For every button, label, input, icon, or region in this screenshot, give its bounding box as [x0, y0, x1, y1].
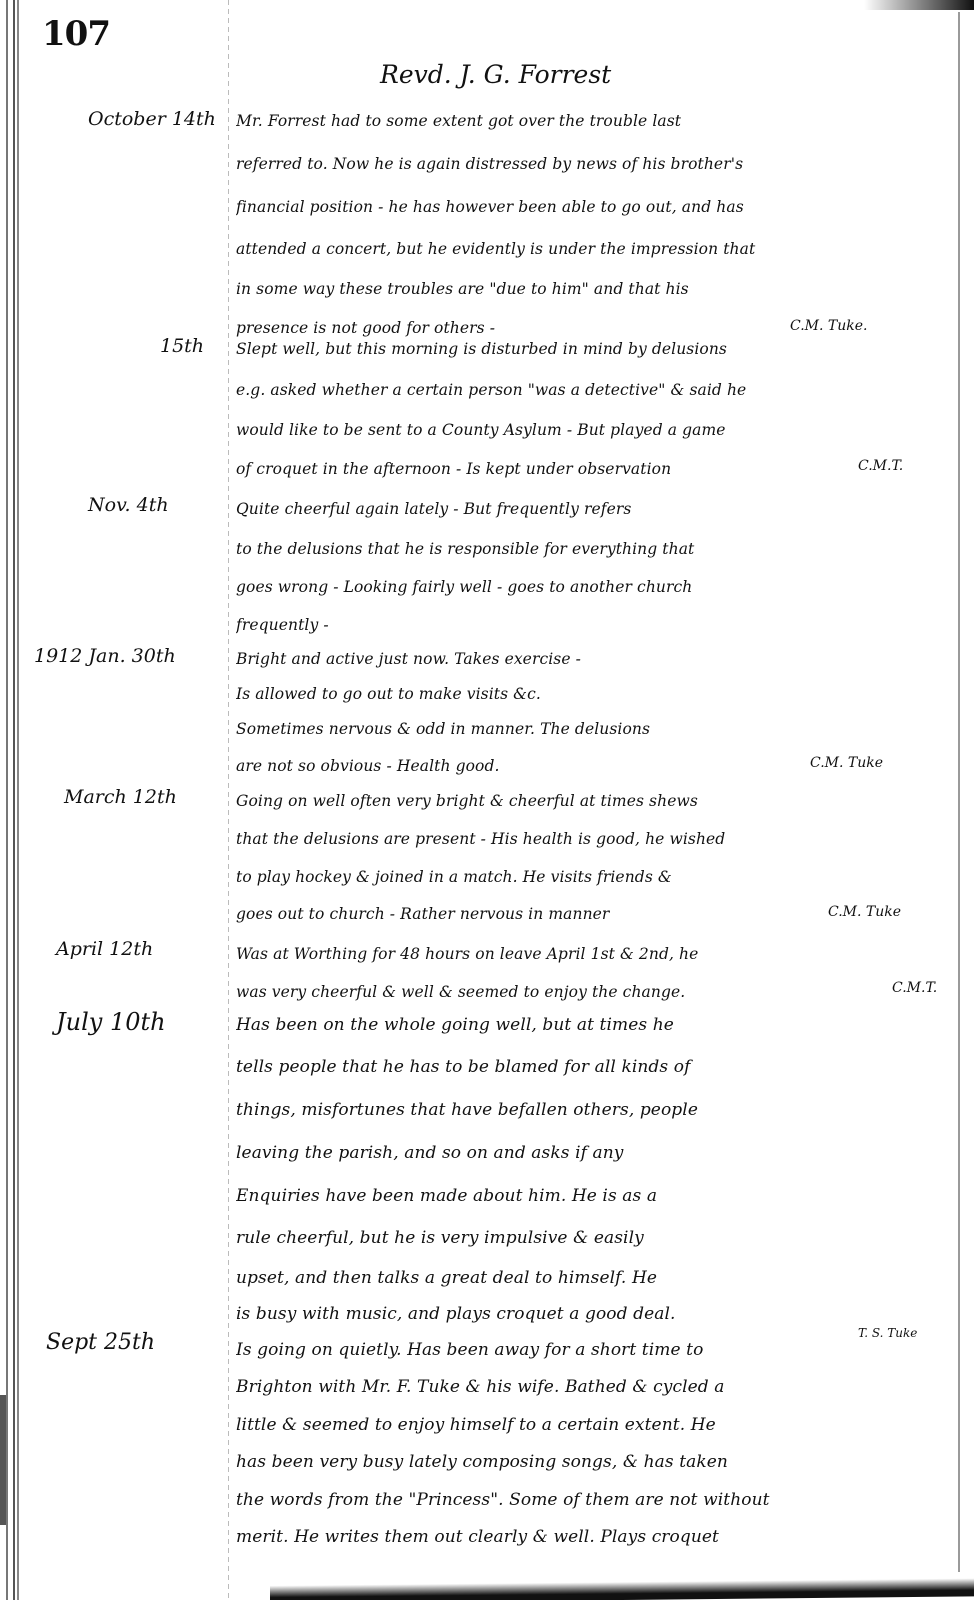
binding-tab: [0, 1395, 6, 1525]
entry-line: frequently -: [236, 616, 936, 634]
entry-date: Sept 25th: [46, 1330, 155, 1355]
entry-line: financial position - he has however been…: [236, 198, 936, 216]
entry-line: Quite cheerful again lately - But freque…: [236, 500, 936, 518]
entry-date: July 10th: [56, 1008, 166, 1036]
entry-line: attended a concert, but he evidently is …: [236, 240, 936, 258]
entry-date: March 12th: [64, 786, 177, 808]
signature: C.M.T.: [892, 980, 937, 996]
entry-line: Is allowed to go out to make visits &c.: [236, 685, 936, 703]
entry-line: things, misfortunes that have befallen o…: [236, 1100, 936, 1120]
patient-name-heading: Revd. J. G. Forrest: [380, 60, 611, 89]
entry-line: the words from the "Princess". Some of t…: [236, 1490, 936, 1510]
entry-line: little & seemed to enjoy himself to a ce…: [236, 1415, 936, 1435]
entry-date: April 12th: [56, 938, 153, 960]
entry-date: Nov. 4th: [88, 494, 169, 516]
signature: C.M.T.: [858, 458, 903, 474]
entry-line: in some way these troubles are "due to h…: [236, 280, 936, 298]
entry-line: Mr. Forrest had to some extent got over …: [236, 112, 936, 130]
entry-line: tells people that he has to be blamed fo…: [236, 1057, 936, 1077]
signature: C.M. Tuke.: [790, 318, 867, 334]
entry-line: Was at Worthing for 48 hours on leave Ap…: [236, 945, 936, 963]
entry-date: 1912 Jan. 30th: [34, 645, 176, 667]
entry-line: Has been on the whole going well, but at…: [236, 1015, 936, 1035]
page-right-edge: [958, 12, 960, 1572]
entry-line: Going on well often very bright & cheerf…: [236, 792, 936, 810]
entry-date: 15th: [160, 335, 204, 357]
entry-line: Brighton with Mr. F. Tuke & his wife. Ba…: [236, 1377, 936, 1397]
margin-rule: [228, 0, 229, 1600]
entry-line: was very cheerful & well & seemed to enj…: [236, 983, 936, 1001]
entry-line: Bright and active just now. Takes exerci…: [236, 650, 936, 668]
entry-line: that the delusions are present - His hea…: [236, 830, 936, 848]
entry-line: referred to. Now he is again distressed …: [236, 155, 936, 173]
entry-line: Enquiries have been made about him. He i…: [236, 1186, 936, 1206]
entry-line: would like to be sent to a County Asylum…: [236, 421, 936, 439]
entry-line: has been very busy lately composing song…: [236, 1452, 936, 1472]
entry-line: to play hockey & joined in a match. He v…: [236, 868, 936, 886]
entry-line: Sometimes nervous & odd in manner. The d…: [236, 720, 936, 738]
signature: C.M. Tuke: [810, 755, 883, 771]
entry-line: Is going on quietly. Has been away for a…: [236, 1340, 936, 1360]
entry-line: to the delusions that he is responsible …: [236, 540, 936, 558]
entry-line: leaving the parish, and so on and asks i…: [236, 1143, 936, 1163]
page-number: 107: [42, 14, 110, 54]
entry-line: e.g. asked whether a certain person "was…: [236, 381, 936, 399]
entry-line: goes wrong - Looking fairly well - goes …: [236, 578, 936, 596]
signature: T. S. Tuke: [858, 1326, 917, 1340]
entry-date: October 14th: [88, 108, 216, 130]
entry-line: rule cheerful, but he is very impulsive …: [236, 1228, 936, 1248]
page-bottom-shadow: [270, 1578, 974, 1600]
page-corner-shadow: [864, 0, 974, 10]
book-binding: [0, 0, 38, 1600]
signature: C.M. Tuke: [828, 904, 901, 920]
entry-line: Slept well, but this morning is disturbe…: [236, 340, 936, 358]
entry-line: is busy with music, and plays croquet a …: [236, 1304, 936, 1324]
entry-line: of croquet in the afternoon - Is kept un…: [236, 460, 936, 478]
entry-line: merit. He writes them out clearly & well…: [236, 1527, 936, 1547]
entry-line: upset, and then talks a great deal to hi…: [236, 1268, 936, 1288]
